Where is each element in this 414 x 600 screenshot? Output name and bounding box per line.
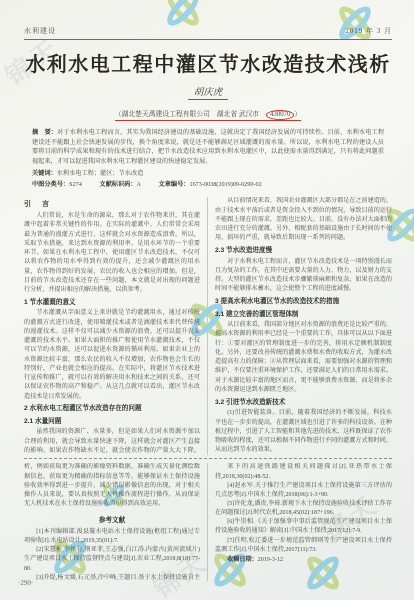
section-heading-3-2: 3.2 引进节水改造新技术 (215, 398, 392, 408)
paragraph: 节水灌溉从字面意义上来讲就是节约灌溉用水，通过对传统的灌溉方式进行改进，使用喷灌… (24, 309, 200, 402)
section-heading-2-3: 2.3 节水改造进度慢 (215, 246, 392, 256)
section-heading-3: 3 提高水利水电灌区节水的改造技术的措施 (215, 297, 392, 307)
received-date-line: 收稿日期：2019-3-12 (215, 555, 392, 565)
clc-code: S274 (69, 181, 82, 188)
article-separator-dashed-line (24, 458, 392, 459)
paragraph: 从目前情况来看，我国农业灌溉区大部分都是在之前建造的，由于技术水平落后或者是资金… (215, 197, 392, 243)
affiliation: （湖北楚天禹建设工程有限公司 湖北省 武汉市 430070） (115, 108, 301, 121)
references-title: 参考文献 (24, 516, 200, 526)
reference-item: [2]宋慧彬,李怀有,荆亚菲,王志强,白江涛.内蒙古(黄河流域片)生产建设项目水… (24, 546, 200, 573)
clc-label: 中图分类号： (32, 181, 69, 188)
article-id: 1673-0038(2019)09-0290-02 (189, 181, 261, 188)
affiliation-close: ） (294, 111, 301, 118)
doc-code: A (137, 181, 141, 188)
reference-item: [5]许化龙,潘贵,李琦.新规下水土保持设施验收技术评估工作存在问题探讨[J].… (215, 500, 392, 518)
doc-code-item: 文献标识码：A (99, 181, 141, 188)
affiliation-line: （湖北楚天禹建设工程有限公司 湖北省 武汉市 430070） (24, 103, 392, 121)
reference-item: [6]牛崇相.《关于加强事中事后监管规范生产建设项目水土保持设施验收的通知》解读… (215, 518, 392, 536)
body-column-left: 引 言 人们常说，水是生命的源泉，那么对于农作物来讲，其在灌溉中起着非常关键性的… (24, 197, 208, 455)
reference-item: [7]任明.松辽委进一步规范监管细则等生产建设项目水土保持监测工作[J].中国水… (215, 537, 392, 555)
body-column-right: 从目前情况来看，我国农业灌溉区大部分都是在之前建造的，由于技术水平落后或者是资金… (208, 197, 392, 455)
article-body: 引 言 人们常说，水是生命的源泉，那么对于农作物来讲，其在灌溉中起着非常关键性的… (24, 197, 392, 455)
paragraph: 人们常说，水是生命的源泉，那么对于农作物来讲，其在灌溉中起着非常关键性的作用。在… (24, 212, 200, 295)
byline: 胡庆虎 (24, 82, 392, 100)
abstract-text: 对于水利水电工程而言，其实为我国经济建设的基础设施，这就决定了我国经济发展的可持… (32, 129, 384, 165)
classification-line: 中图分类号：S274 文献标识码：A 文章编号：1673-0038(2019)0… (24, 179, 392, 188)
paragraph: 对于水利水电工程而言，灌区节水改造技术是一项特别漫长而且为复杂的工作，在其中还需… (215, 258, 392, 295)
section-heading-3-1: 3.1 建立完善的灌区管理体制 (215, 310, 392, 320)
article-id-item: 文章编号：1673-0038(2019)09-0290-02 (159, 181, 262, 188)
tail-paragraph: 析，例如获取更为准确的影像资料数据，准确生成矢量化测绘数据信息，获取更为精确的指… (24, 463, 200, 509)
doc-code-label: 文献标识码： (99, 181, 136, 188)
reference-item: [4]赵永军.关于推行生产建设项目水土保持设施第三方评估的几点思考[J].中国水… (215, 482, 392, 500)
article-id-label: 文章编号： (159, 181, 190, 188)
section-heading-intro: 引 言 (24, 200, 200, 211)
keywords-line: 关键词：水利水电工程；灌区；节水改造 (24, 168, 392, 177)
section-heading-2: 2 水利水电工程灌区节水改造存在的问题 (24, 404, 200, 414)
reference-item: [3]乔缇,杨文媛,石元基,冷中峰,王题目.基于水土保持设施自主验收变 (24, 574, 200, 582)
clc-item: 中图分类号：S274 (32, 181, 82, 188)
paragraph: 从目前来看，我国部分地区对水资源的浪费还是比较严重的，提高水资源的利用率已经是一… (215, 321, 392, 395)
received-date: 2019-3-12 (258, 557, 283, 563)
abstract-label: 摘 要： (32, 129, 57, 136)
abstract: 摘 要：对于水利水电工程而言，其实为我国经济建设的基础设施，这就决定了我国经济发… (24, 128, 392, 166)
paragraph: (1)引进智能装备。目前，随着我国经济的不断发展，科技水平也在一步步的提高，在灌… (215, 409, 392, 455)
section-heading-1: 1 节水灌溉的意义 (24, 298, 200, 308)
journal-page-scan: 锦天 锦天 锦天 水利建设 2019 年 3 月 水利水电工程中灌区节水改造技术… (0, 0, 414, 600)
affiliation-text: （湖北楚天禹建设工程有限公司 湖北省 武汉市 (115, 111, 266, 118)
journal-name: 水利建设 (24, 26, 56, 36)
received-label: 收稿日期： (227, 556, 257, 563)
keywords: 水利水电工程；灌区；节水改造 (57, 170, 144, 177)
paragraph: 虽然我国的资源广、水量多，但是如果人们对水资源不加以合理的利用，就会导致水量快速… (24, 428, 200, 455)
running-head: 水利建设 2019 年 3 月 (24, 26, 392, 40)
section-heading-2-1: 2.1 水量问题 (24, 417, 200, 427)
reference-item: 来下的高速铁路建设相关问题探讨[J].亚热带水土保持,2018,30(02):4… (215, 463, 392, 481)
previous-article-tail: 析，例如获取更为准确的影像资料数据，准确生成矢量化测绘数据信息，获取更为精确的指… (24, 463, 392, 581)
tail-column-right: 来下的高速铁路建设相关问题探讨[J].亚热带水土保持,2018,30(02):4… (208, 463, 392, 581)
keywords-label: 关键词： (32, 170, 57, 177)
author-name: 胡庆虎 (188, 84, 229, 100)
page-number: ·290· (18, 579, 33, 587)
tail-column-left: 析，例如获取更为准确的影像资料数据，准确生成矢量化测绘数据信息，获取更为精确的指… (24, 463, 208, 581)
page-title: 水利水电工程中灌区节水改造技术浅析 (24, 48, 392, 77)
postal-code-circled: 430070 (266, 110, 294, 120)
reference-item: [1]本刊编辑部.浚县璇水电站水土保持设施(枢纽工程)通过专项验收[J].水电站… (24, 528, 200, 546)
issue-date: 2019 年 3 月 (345, 26, 392, 36)
